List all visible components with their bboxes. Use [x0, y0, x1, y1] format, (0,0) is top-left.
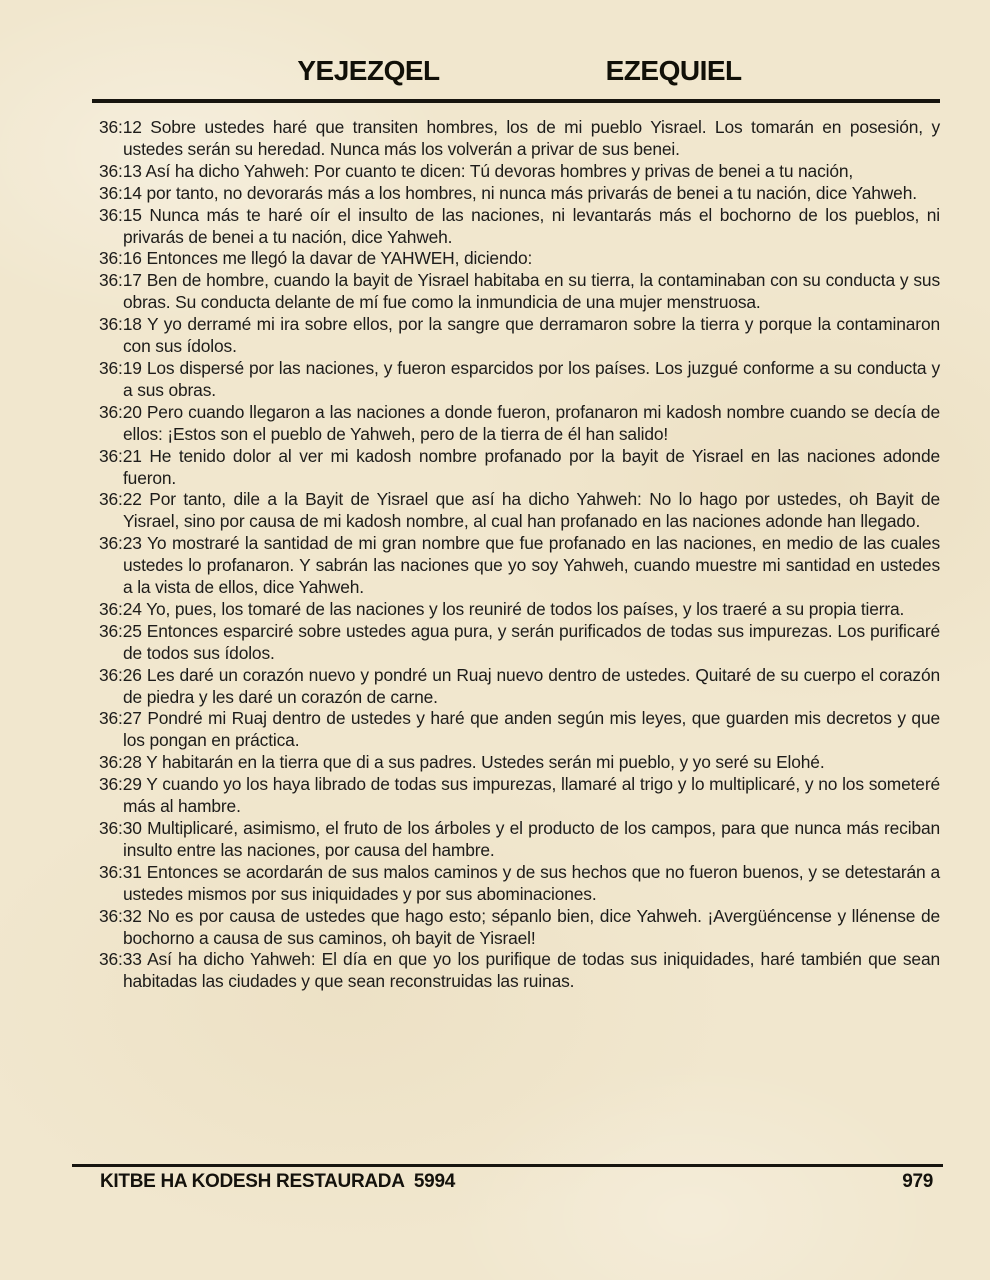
verse: 36:31 Entonces se acordarán de sus malos…: [99, 862, 940, 906]
verse: 36:23 Yo mostraré la santidad de mi gran…: [99, 533, 940, 599]
verse: 36:21 He tenido dolor al ver mi kadosh n…: [99, 446, 940, 490]
verse-text: Entonces me llegó la davar de YAHWEH, di…: [146, 248, 532, 268]
verse-number: 36:17: [99, 270, 142, 290]
verse-text: Los dispersé por las naciones, y fueron …: [123, 358, 940, 400]
verse: 36:13 Así ha dicho Yahweh: Por cuanto te…: [99, 161, 940, 183]
verse: 36:22 Por tanto, dile a la Bayit de Yisr…: [99, 489, 940, 533]
verse: 36:18 Y yo derramé mi ira sobre ellos, p…: [99, 314, 940, 358]
verse-text: Les daré un corazón nuevo y pondré un Ru…: [123, 665, 940, 707]
verse-text: Y habitarán en la tierra que di a sus pa…: [146, 752, 824, 772]
verse-text: No es por causa de ustedes que hago esto…: [123, 906, 940, 948]
verse-text: He tenido dolor al ver mi kadosh nombre …: [123, 446, 940, 488]
verse-number: 36:19: [99, 358, 142, 378]
verse-number: 36:21: [99, 446, 142, 466]
verse-number: 36:31: [99, 862, 142, 882]
verse-number: 36:18: [99, 314, 142, 334]
verse: 36:32 No es por causa de ustedes que hag…: [99, 906, 940, 950]
verse-number: 36:27: [99, 708, 142, 728]
verse-number: 36:23: [99, 533, 142, 553]
page-titles: YEJEZQEL EZEQUIEL: [99, 55, 940, 87]
verse-number: 36:15: [99, 205, 142, 225]
header-rule: [92, 99, 940, 103]
verse: 36:24 Yo, pues, los tomaré de las nacion…: [99, 599, 940, 621]
verse-number: 36:16: [99, 248, 142, 268]
verse: 36:15 Nunca más te haré oír el insulto d…: [99, 205, 940, 249]
verse: 36:26 Les daré un corazón nuevo y pondré…: [99, 665, 940, 709]
verse: 36:14 por tanto, no devorarás más a los …: [99, 183, 940, 205]
verse: 36:30 Multiplicaré, asimismo, el fruto d…: [99, 818, 940, 862]
page-title-transliterated: YEJEZQEL: [297, 55, 439, 87]
footer-page-number: 979: [902, 1171, 933, 1193]
verse-text: Nunca más te haré oír el insulto de las …: [123, 205, 940, 247]
verse-text: por tanto, no devorarás más a los hombre…: [146, 183, 916, 203]
verse: 36:20 Pero cuando llegaron a las nacione…: [99, 402, 940, 446]
verse-number: 36:28: [99, 752, 142, 772]
verse: 36:16 Entonces me llegó la davar de YAHW…: [99, 248, 940, 270]
verse-text: Entonces se acordarán de sus malos camin…: [123, 862, 940, 904]
verse-text: Así ha dicho Yahweh: El día en que yo lo…: [123, 949, 940, 991]
footer-rule: [72, 1164, 943, 1167]
verse-text: Y cuando yo los haya librado de todas su…: [123, 774, 940, 816]
verse-number: 36:29: [99, 774, 142, 794]
verse-number: 36:13: [99, 161, 142, 181]
page-title-spanish: EZEQUIEL: [606, 55, 742, 87]
verse-text: Yo mostraré la santidad de mi gran nombr…: [123, 533, 940, 597]
verse-number: 36:20: [99, 402, 142, 422]
verse: 36:29 Y cuando yo los haya librado de to…: [99, 774, 940, 818]
verse: 36:27 Pondré mi Ruaj dentro de ustedes y…: [99, 708, 940, 752]
verse: 36:12 Sobre ustedes haré que transiten h…: [99, 117, 940, 161]
verse-number: 36:32: [99, 906, 142, 926]
verse-number: 36:33: [99, 949, 142, 969]
verse: 36:33 Así ha dicho Yahweh: El día en que…: [99, 949, 940, 993]
verse-text: Y yo derramé mi ira sobre ellos, por la …: [123, 314, 940, 356]
verse-number: 36:30: [99, 818, 142, 838]
verse-text: Multiplicaré, asimismo, el fruto de los …: [123, 818, 940, 860]
verse-text: Ben de hombre, cuando la bayit de Yisrae…: [123, 270, 940, 312]
verse: 36:17 Ben de hombre, cuando la bayit de …: [99, 270, 940, 314]
verse: 36:19 Los dispersé por las naciones, y f…: [99, 358, 940, 402]
verse-number: 36:22: [99, 489, 142, 509]
scripture-page: YEJEZQEL EZEQUIEL 36:12 Sobre ustedes ha…: [0, 0, 990, 1280]
verse-text: Así ha dicho Yahweh: Por cuanto te dicen…: [146, 161, 854, 181]
footer-row: KITBE HA KODESH RESTAURADA 5994 979: [100, 1171, 933, 1193]
verse-text: Entonces esparciré sobre ustedes agua pu…: [123, 621, 940, 663]
verse-text: Yo, pues, los tomaré de las naciones y l…: [146, 599, 904, 619]
verse-number: 36:12: [99, 117, 142, 137]
verse-text: Pondré mi Ruaj dentro de ustedes y haré …: [123, 708, 940, 750]
verse-text: Sobre ustedes haré que transiten hombres…: [123, 117, 940, 159]
verse: 36:28 Y habitarán en la tierra que di a …: [99, 752, 940, 774]
verse-text: Por tanto, dile a la Bayit de Yisrael qu…: [123, 489, 940, 531]
verse-number: 36:24: [99, 599, 142, 619]
verse-text: Pero cuando llegaron a las naciones a do…: [123, 402, 940, 444]
verse-number: 36:14: [99, 183, 142, 203]
verse-number: 36:25: [99, 621, 142, 641]
verse-list: 36:12 Sobre ustedes haré que transiten h…: [99, 117, 940, 993]
footer-book-label: KITBE HA KODESH RESTAURADA 5994: [100, 1171, 455, 1193]
verse-number: 36:26: [99, 665, 142, 685]
verse: 36:25 Entonces esparciré sobre ustedes a…: [99, 621, 940, 665]
